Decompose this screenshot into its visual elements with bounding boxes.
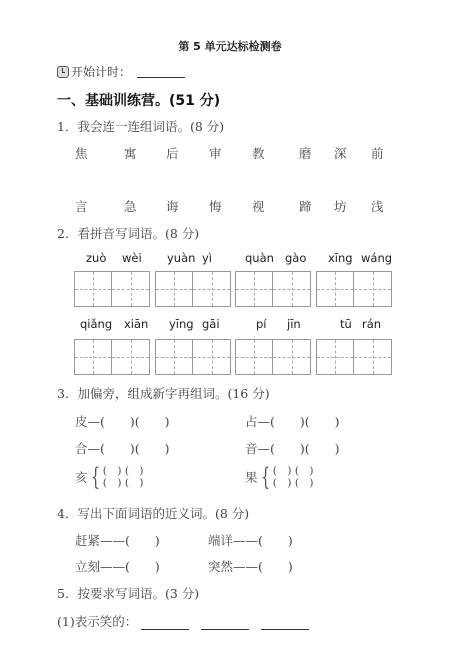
q5-sub1-label: (1)表示笑的： xyxy=(57,612,137,630)
section-title: 一、基础训练营。(51 分) xyxy=(57,90,220,110)
brace-line[interactable]: ( ) ( ) xyxy=(273,465,314,477)
q5-label: 5．按要求写词语。(3 分) xyxy=(57,584,199,602)
brace-line[interactable]: ( ) ( ) xyxy=(103,465,144,477)
writing-grid[interactable] xyxy=(155,271,231,307)
brace-icon: { xyxy=(261,465,270,489)
pinyin: gào xyxy=(285,251,306,265)
q3-label: 3．加偏旁，组成新字再组词。(16 分) xyxy=(57,384,270,402)
page-title: 第 5 单元达标检测卷 xyxy=(0,38,460,54)
pinyin: quàn xyxy=(245,251,274,265)
q1-char[interactable]: 悔 xyxy=(209,197,222,215)
writing-grid[interactable] xyxy=(316,271,392,307)
writing-grid[interactable] xyxy=(74,271,150,307)
answer-blank[interactable] xyxy=(201,618,249,630)
pinyin: jīn xyxy=(287,317,301,331)
writing-grid[interactable] xyxy=(155,339,231,375)
q1-char[interactable]: 言 xyxy=(75,197,88,215)
q1-char[interactable]: 坊 xyxy=(334,197,347,215)
q4-label: 4．写出下面词语的近义词。(8 分) xyxy=(57,504,249,522)
q1-label: 1．我会连一连组词语。(8 分) xyxy=(57,117,224,135)
timer-row: 开始计时： xyxy=(57,63,185,80)
brace-line[interactable]: ( ) ( ) xyxy=(103,477,144,489)
answer-blank[interactable] xyxy=(261,618,309,630)
brace-line[interactable]: ( ) ( ) xyxy=(273,477,314,489)
pinyin: wáng xyxy=(361,251,392,265)
pinyin: yuàn xyxy=(167,251,195,265)
q1-char[interactable]: 视 xyxy=(252,197,265,215)
brace-char: 亥 xyxy=(75,468,88,486)
q2-label: 2．看拼音写词语。(8 分) xyxy=(57,224,199,242)
timer-blank[interactable] xyxy=(137,66,185,78)
answer-blank[interactable] xyxy=(141,618,189,630)
radical-item[interactable]: 占—( )( ) xyxy=(245,412,340,430)
q5-sub1: (1)表示笑的： xyxy=(57,612,309,630)
writing-grid[interactable] xyxy=(74,339,150,375)
synonym-item[interactable]: 端详——( ) xyxy=(208,531,293,549)
synonym-item[interactable]: 赶紧——( ) xyxy=(75,531,160,549)
brace-item[interactable]: 果 { ( ) ( ) ( ) ( ) xyxy=(245,465,314,489)
clock-icon xyxy=(57,66,69,78)
timer-label: 开始计时： xyxy=(71,63,131,80)
q1-char[interactable]: 深 xyxy=(334,144,347,162)
pinyin: tū xyxy=(340,317,352,331)
writing-grid[interactable] xyxy=(316,339,392,375)
pinyin: yīng xyxy=(169,317,194,331)
synonym-item[interactable]: 突然——( ) xyxy=(208,557,293,575)
q1-char[interactable]: 审 xyxy=(209,144,222,162)
q1-char[interactable]: 寓 xyxy=(124,144,137,162)
pinyin: xīng xyxy=(328,251,353,265)
writing-grid[interactable] xyxy=(235,339,311,375)
pinyin: wèi xyxy=(122,251,142,265)
writing-grid[interactable] xyxy=(235,271,311,307)
q1-char[interactable]: 浅 xyxy=(371,197,384,215)
q1-char[interactable]: 前 xyxy=(371,144,384,162)
radical-item[interactable]: 音—( )( ) xyxy=(245,439,340,457)
brace-icon: { xyxy=(91,465,100,489)
q1-char[interactable]: 蹄 xyxy=(299,197,312,215)
synonym-item[interactable]: 立刻——( ) xyxy=(75,557,160,575)
q1-char[interactable]: 诲 xyxy=(166,197,179,215)
pinyin: pí xyxy=(256,317,267,331)
pinyin: xiān xyxy=(124,317,148,331)
q1-char[interactable]: 急 xyxy=(124,197,137,215)
q1-char[interactable]: 磨 xyxy=(299,144,312,162)
pinyin: gāi xyxy=(202,317,220,331)
pinyin: qiǎng xyxy=(80,317,112,331)
brace-char: 果 xyxy=(245,468,258,486)
q1-char[interactable]: 教 xyxy=(252,144,265,162)
radical-item[interactable]: 皮—( )( ) xyxy=(75,412,170,430)
q1-char[interactable]: 后 xyxy=(166,144,179,162)
pinyin: yì xyxy=(202,251,212,265)
q1-char[interactable]: 焦 xyxy=(75,144,88,162)
pinyin: rán xyxy=(362,317,381,331)
pinyin: zuò xyxy=(86,251,106,265)
radical-item[interactable]: 合—( )( ) xyxy=(75,439,170,457)
brace-item[interactable]: 亥 { ( ) ( ) ( ) ( ) xyxy=(75,465,144,489)
